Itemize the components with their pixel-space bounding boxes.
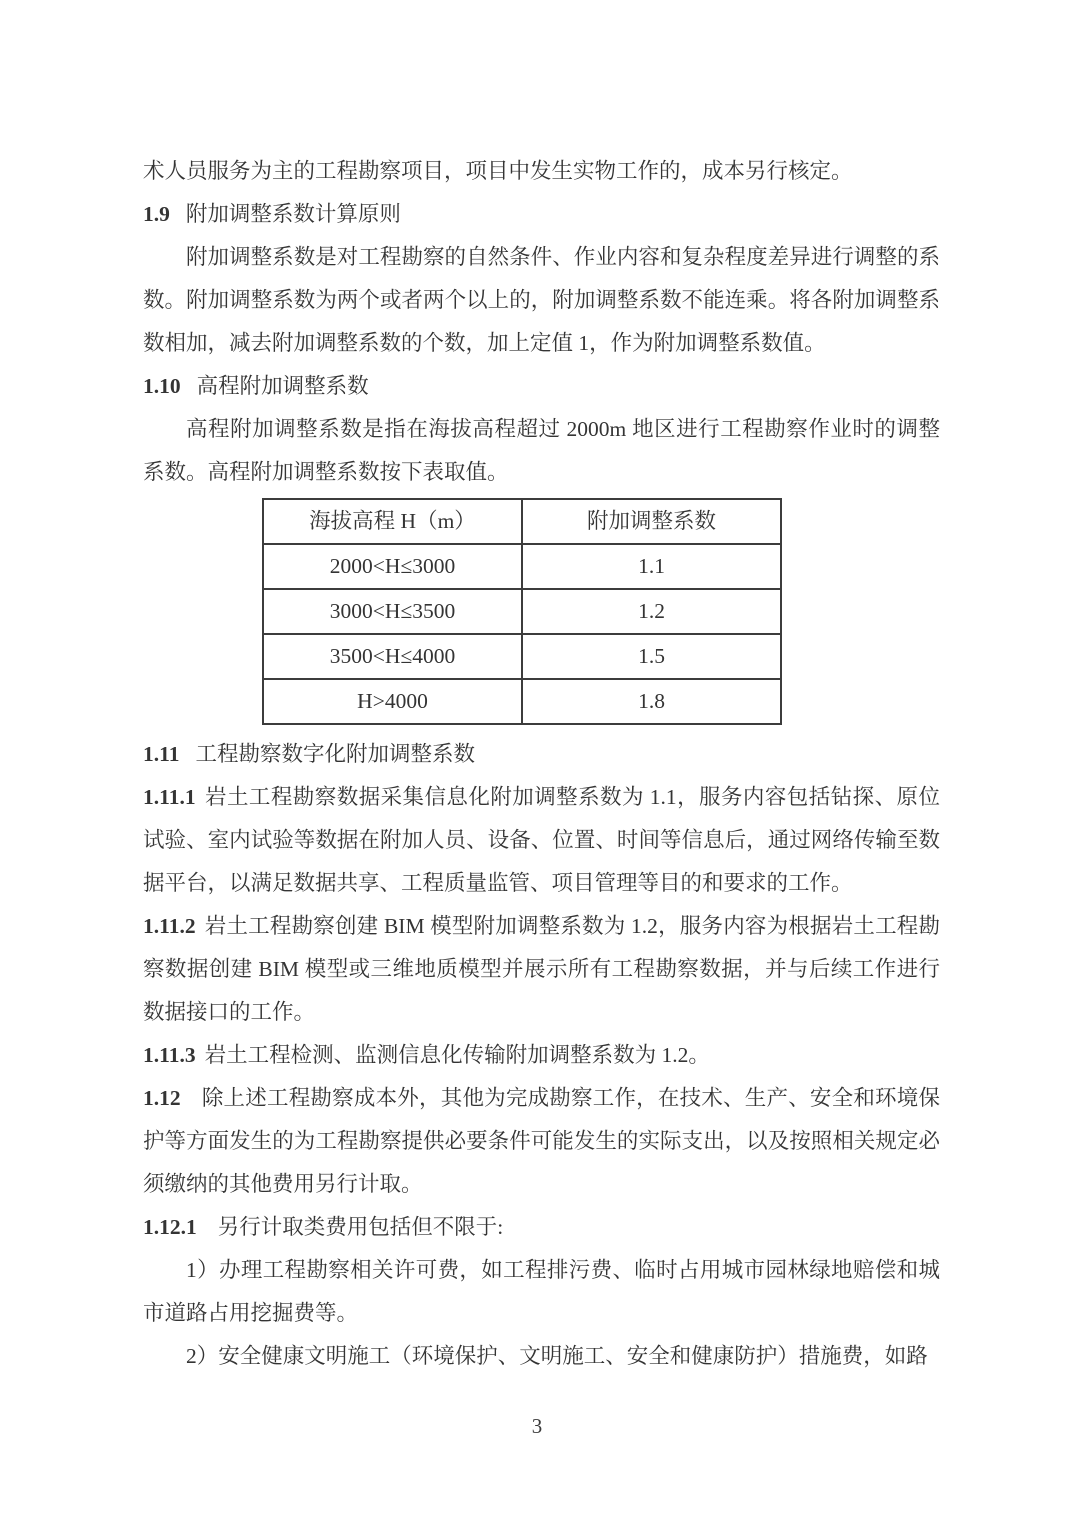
section-body-1-11-3: 岩土工程检测、监测信息化传输附加调整系数为 1.2。 <box>205 1043 710 1067</box>
section-number-1-12: 1.12 <box>143 1086 181 1110</box>
section-body-1-12-1: 另行计取类费用包括但不限于: <box>218 1215 503 1239</box>
section-number-1-11-2: 1.11.2 <box>143 914 196 938</box>
paragraph-1-11-2: 1.11.2岩土工程勘察创建 BIM 模型附加调整系数为 1.2，服务内容为根据… <box>143 905 940 1034</box>
section-number-1-11: 1.11 <box>143 742 179 766</box>
table-header-coefficient: 附加调整系数 <box>522 499 781 544</box>
coefficient-cell: 1.8 <box>522 679 781 724</box>
section-title-1-9: 附加调整系数计算原则 <box>186 202 401 226</box>
section-body-1-12: 除上述工程勘察成本外，其他为完成勘察工作，在技术、生产、安全和环境保护等方面发生… <box>143 1086 940 1196</box>
elevation-range-cell: H>4000 <box>263 679 522 724</box>
table-row: 3000<H≤3500 1.2 <box>263 589 781 634</box>
table-row: 2000<H≤3000 1.1 <box>263 544 781 589</box>
section-number-1-9: 1.9 <box>143 202 170 226</box>
heading-1-11: 1.11工程勘察数字化附加调整系数 <box>143 733 940 776</box>
table-row: 3500<H≤4000 1.5 <box>263 634 781 679</box>
paragraph-1-12: 1.12除上述工程勘察成本外，其他为完成勘察工作，在技术、生产、安全和环境保护等… <box>143 1077 940 1206</box>
section-number-1-11-1: 1.11.1 <box>143 785 196 809</box>
table-row: H>4000 1.8 <box>263 679 781 724</box>
section-title-1-10: 高程附加调整系数 <box>197 374 369 398</box>
elevation-range-cell: 3500<H≤4000 <box>263 634 522 679</box>
heading-1-10: 1.10高程附加调整系数 <box>143 365 940 408</box>
section-body-1-11-2: 岩土工程勘察创建 BIM 模型附加调整系数为 1.2，服务内容为根据岩土工程勘察… <box>143 914 940 1024</box>
table-header-elevation: 海拔高程 H（m） <box>263 499 522 544</box>
elevation-range-cell: 2000<H≤3000 <box>263 544 522 589</box>
page-number: 3 <box>0 1412 1074 1440</box>
paragraph-1-9: 附加调整系数是对工程勘察的自然条件、作业内容和复杂程度差异进行调整的系数。附加调… <box>143 236 940 365</box>
document-body: 术人员服务为主的工程勘察项目，项目中发生实物工作的，成本另行核定。 1.9附加调… <box>143 150 940 1378</box>
coefficient-cell: 1.5 <box>522 634 781 679</box>
section-number-1-10: 1.10 <box>143 374 181 398</box>
paragraph-1-10: 高程附加调整系数是指在海拔高程超过 2000m 地区进行工程勘察作业时的调整系数… <box>143 408 940 494</box>
paragraph-continuation: 术人员服务为主的工程勘察项目，项目中发生实物工作的，成本另行核定。 <box>143 150 940 193</box>
section-number-1-12-1: 1.12.1 <box>143 1215 197 1239</box>
document-page: 术人员服务为主的工程勘察项目，项目中发生实物工作的，成本另行核定。 1.9附加调… <box>0 0 1080 1527</box>
coefficient-cell: 1.1 <box>522 544 781 589</box>
paragraph-1-11-1: 1.11.1岩土工程勘察数据采集信息化附加调整系数为 1.1，服务内容包括钻探、… <box>143 776 940 905</box>
section-number-1-11-3: 1.11.3 <box>143 1043 196 1067</box>
section-title-1-11: 工程勘察数字化附加调整系数 <box>195 742 475 766</box>
list-item-1: 1）办理工程勘察相关许可费，如工程排污费、临时占用城市园林绿地赔偿和城市道路占用… <box>143 1249 940 1335</box>
section-body-1-11-1: 岩土工程勘察数据采集信息化附加调整系数为 1.1，服务内容包括钻探、原位试验、室… <box>143 785 940 895</box>
list-item-2: 2）安全健康文明施工（环境保护、文明施工、安全和健康防护）措施费，如路 <box>143 1335 940 1378</box>
heading-1-9: 1.9附加调整系数计算原则 <box>143 193 940 236</box>
table-header-row: 海拔高程 H（m） 附加调整系数 <box>263 499 781 544</box>
paragraph-1-11-3: 1.11.3岩土工程检测、监测信息化传输附加调整系数为 1.2。 <box>143 1034 940 1077</box>
coefficient-cell: 1.2 <box>522 589 781 634</box>
elevation-range-cell: 3000<H≤3500 <box>263 589 522 634</box>
paragraph-1-12-1: 1.12.1另行计取类费用包括但不限于: <box>143 1206 940 1249</box>
elevation-adjustment-table: 海拔高程 H（m） 附加调整系数 2000<H≤3000 1.1 3000<H≤… <box>262 498 782 725</box>
